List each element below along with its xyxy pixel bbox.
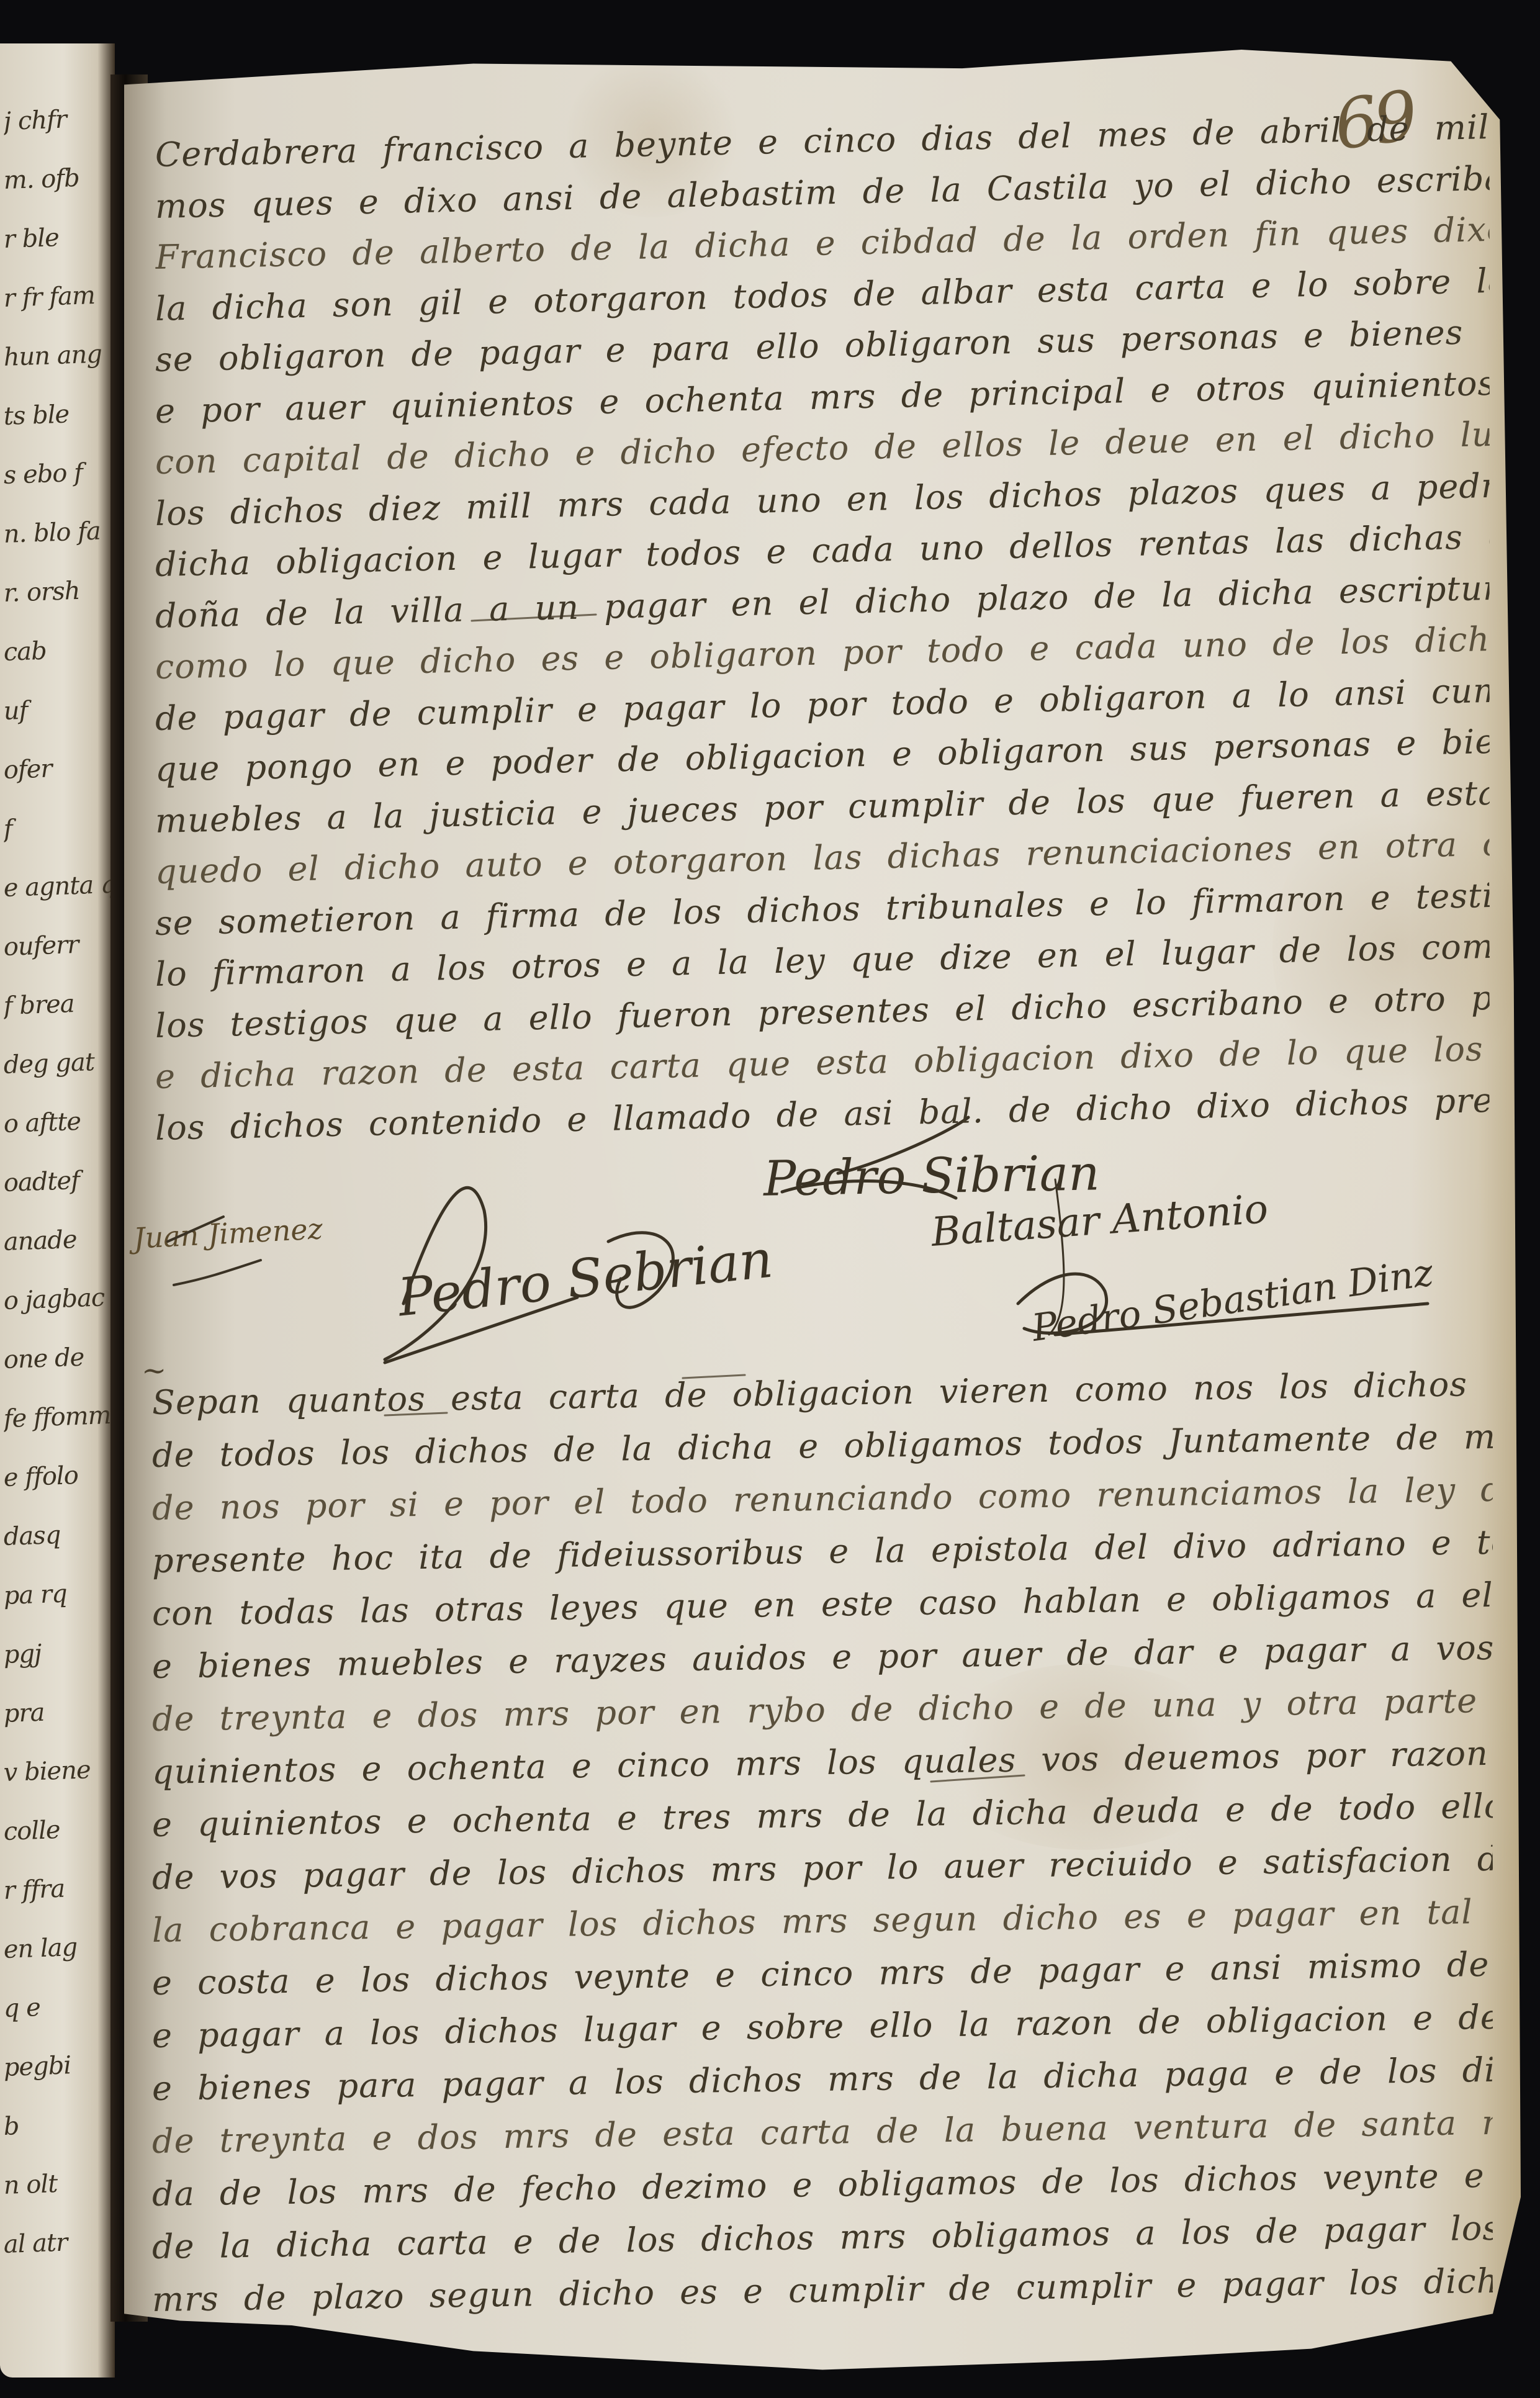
manuscript-photograph: j chfrm. ofbr bler fr famhun angts bles … bbox=[0, 0, 1540, 2398]
